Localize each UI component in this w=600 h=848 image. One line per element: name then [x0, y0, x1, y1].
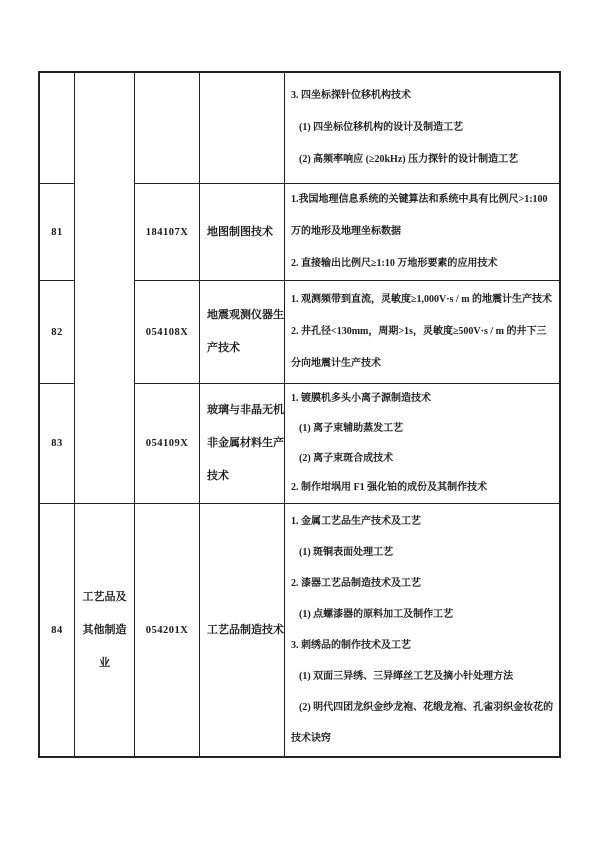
details-cell: 1. 镀膜机多头小离子源制造技术 (1) 离子束辅助蒸发工艺 (2) 离子束斑合… — [285, 384, 559, 504]
detail-line: (1) 斑铜表面处理工艺 — [291, 537, 557, 568]
detail-line: 1.我国地理信息系统的关键算法和系统中具有比例尺>1:100 — [291, 184, 557, 216]
tech-name-line: 玻璃与非晶无机 — [207, 394, 284, 427]
detail-line: 2. 直接输出比例尺≥1:10 万地形要素的应用技术 — [291, 248, 557, 280]
tech-name-cell — [200, 73, 285, 184]
detail-line: 1. 金属工艺品生产技术及工艺 — [291, 506, 557, 537]
detail-line: 1. 镀膜机多头小离子源制造技术 — [291, 384, 557, 414]
tech-name-line: 地震观测仪器生 — [207, 299, 284, 332]
code-cell: 054108X — [135, 281, 200, 384]
tech-name-line: 非金属材料生产 — [207, 427, 284, 460]
tech-name-cell: 工艺品制造技术 — [200, 504, 285, 756]
row-number-cell: 81 — [40, 184, 75, 281]
category-cell: 工艺品及 其他制造 业 — [75, 504, 135, 756]
details-cell: 1.我国地理信息系统的关键算法和系统中具有比例尺>1:100 万的地形及地理坐标… — [285, 184, 559, 281]
detail-line: (1) 点螺漆器的原料加工及制作工艺 — [291, 599, 557, 630]
detail-line: 2. 井孔径<130mm，周期>1s，灵敏度≥500V·s / m 的井下三 — [291, 316, 557, 348]
row-number-cell: 83 — [40, 384, 75, 504]
detail-line: 技术诀窍 — [291, 723, 557, 754]
row-number-cell: 82 — [40, 281, 75, 384]
tech-name-line: 地图制图技术 — [207, 216, 284, 249]
detail-line: 1. 观测频带到直流，灵敏度≥1,000V·s / m 的地震计生产技术 — [291, 284, 557, 316]
details-cell: 1. 观测频带到直流，灵敏度≥1,000V·s / m 的地震计生产技术 2. … — [285, 281, 559, 384]
details-cell: 1. 金属工艺品生产技术及工艺 (1) 斑铜表面处理工艺 2. 漆器工艺品制造技… — [285, 504, 559, 756]
detail-line: 3. 四坐标探针位移机构技术 — [291, 80, 557, 112]
technology-catalog-table: 3. 四坐标探针位移机构技术 (1) 四坐标位移机构的设计及制造工艺 (2) 高… — [38, 71, 561, 758]
tech-name-cell: 地震观测仪器生 产技术 — [200, 281, 285, 384]
detail-line: 3. 刺绣品的制作技术及工艺 — [291, 630, 557, 661]
tech-name-line: 产技术 — [207, 332, 284, 365]
detail-line: 2. 漆器工艺品制造技术及工艺 — [291, 568, 557, 599]
row-number-cell: 84 — [40, 504, 75, 756]
tech-name-line: 工艺品制造技术 — [207, 614, 284, 647]
detail-line: (2) 高频率响应 (≥20kHz) 压力探针的设计制造工艺 — [291, 144, 557, 176]
detail-line: (2) 明代四团龙织金纱龙袍、花缎龙袍、孔雀羽织金妆花的 — [291, 692, 557, 723]
detail-line: (2) 离子束斑合成技术 — [291, 444, 557, 474]
detail-line: (1) 双面三异绣、三异缂丝工艺及摘小针处理方法 — [291, 661, 557, 692]
code-cell: 054201X — [135, 504, 200, 756]
detail-line: 分向地震计生产技术 — [291, 348, 557, 380]
detail-line: 万的地形及地理坐标数据 — [291, 216, 557, 248]
document-page: 3. 四坐标探针位移机构技术 (1) 四坐标位移机构的设计及制造工艺 (2) 高… — [0, 0, 600, 848]
detail-line: (1) 离子束辅助蒸发工艺 — [291, 414, 557, 444]
detail-line: 2. 制作坩埚用 F1 强化铂的成份及其制作技术 — [291, 473, 557, 503]
code-cell: 054109X — [135, 384, 200, 504]
category-line: 业 — [99, 647, 110, 680]
category-line: 工艺品及 — [83, 581, 127, 614]
category-line: 其他制造 — [83, 614, 127, 647]
tech-name-line: 技术 — [207, 460, 284, 493]
code-cell: 184107X — [135, 184, 200, 281]
tech-name-cell: 玻璃与非晶无机 非金属材料生产 技术 — [200, 384, 285, 504]
row-number-cell — [40, 73, 75, 184]
code-cell — [135, 73, 200, 184]
category-cell-merged — [75, 73, 135, 504]
details-cell: 3. 四坐标探针位移机构技术 (1) 四坐标位移机构的设计及制造工艺 (2) 高… — [285, 73, 559, 184]
detail-line: (1) 四坐标位移机构的设计及制造工艺 — [291, 112, 557, 144]
tech-name-cell: 地图制图技术 — [200, 184, 285, 281]
